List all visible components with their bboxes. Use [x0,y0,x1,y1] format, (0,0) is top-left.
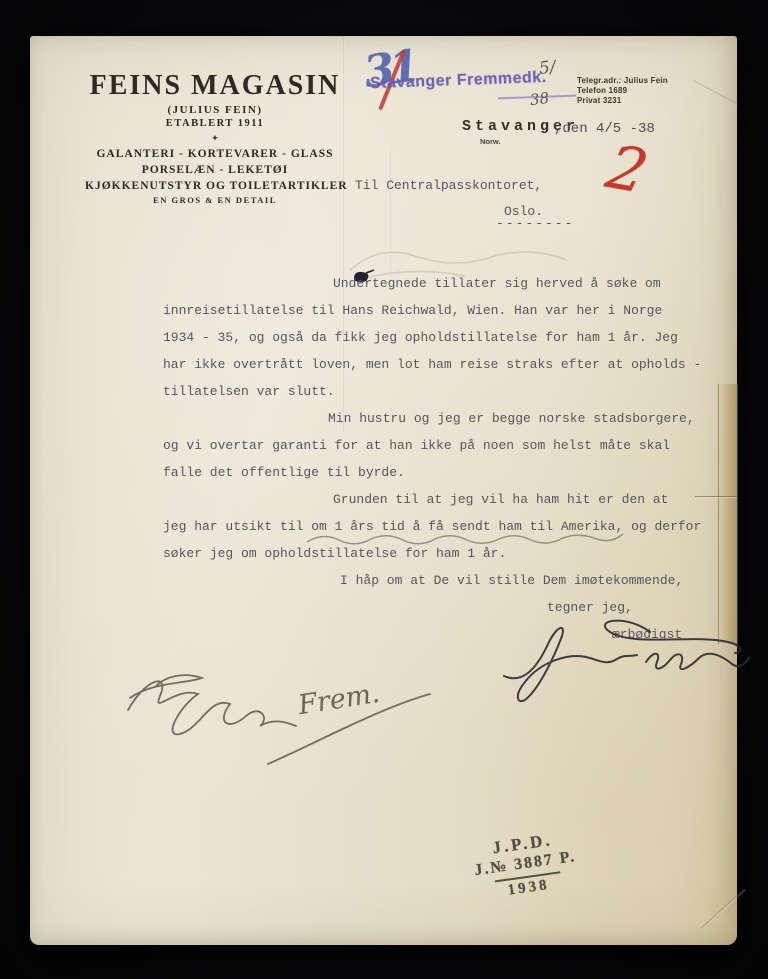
product-line: GALANTERI - KORTEVARER - GLASS [85,148,345,160]
diamond-ornament-icon: ✦ [85,133,345,144]
photo-background: FEINS MAGASIN (JULIUS FEIN) ETABLERT 191… [0,0,768,979]
letterhead: FEINS MAGASIN (JULIUS FEIN) ETABLERT 191… [85,70,345,205]
contact-info: Telegr.adr.: Julius Fein Telefon 1689 Pr… [577,76,707,106]
company-owner: (JULIUS FEIN) [85,104,345,116]
recipient-line: Til Centralpasskontoret, [355,178,542,193]
body-line: og vi overtar garanti for at han ikke på… [163,438,738,465]
product-line: EN GROS & EN DETAIL [85,195,345,205]
body-line: 1934 - 35, og også da fikk jeg opholdsti… [163,330,738,357]
pencil-note-frem: Frem. [296,678,382,721]
recipient-underline: -------- [496,216,574,231]
telegram-address: Telegr.adr.: Julius Fein [577,76,707,86]
company-name: FEINS MAGASIN [85,70,345,102]
product-line: KJØKKENUTSTYR OG TOILETARTIKLER [85,180,345,192]
pencil-scribble [118,664,448,784]
dateline-country: Norw. [480,137,501,146]
closing-line: tegner jeg, [163,600,738,627]
pencil-reference-number: 38 [529,89,550,109]
journal-stamp-jpd: J.P.D. J.№ 3887 P. 1938 [434,822,616,909]
body-line: Grunden til at jeg vil ha ham hit er den… [163,492,738,519]
body-line: Min hustru og jeg er begge norske stadsb… [163,411,738,438]
dateline-date: ,den 4/5 -38 [554,121,655,137]
body-line: Undertegnede tillater sig herved å søke … [163,276,738,303]
letter-page: FEINS MAGASIN (JULIUS FEIN) ETABLERT 191… [30,36,737,945]
body-line: tillatelsen var slutt. [163,384,738,411]
closing-salutation: ærbødigst [163,627,738,654]
body-line: I håp om at De vil stille Dem imøtekomme… [163,573,738,600]
body-line: jeg har utsikt til om 1 års tid å få sen… [163,519,738,546]
paper-crease-vertical [390,146,392,286]
private-number: Privat 3231 [577,96,707,106]
body-line: falle det offentlige til byrde. [163,465,738,492]
product-line: PORSELÆN - LEKETØI [85,164,345,176]
body-line: søker jeg om opholdstillatelse for ham 1… [163,546,738,573]
letter-body: Undertegnede tillater sig herved å søke … [163,276,738,654]
pencil-reference-number: 5/ [538,57,557,79]
body-line: har ikke overtrått loven, men lot ham re… [163,357,738,384]
paper-crease-corner [701,889,745,929]
company-established: ETABLERT 1911 [85,118,345,129]
telephone-number: Telefon 1689 [577,86,707,96]
body-line: innreisetillatelse til Hans Reichwald, W… [163,303,738,330]
red-crayon-number: 2 [601,138,653,203]
